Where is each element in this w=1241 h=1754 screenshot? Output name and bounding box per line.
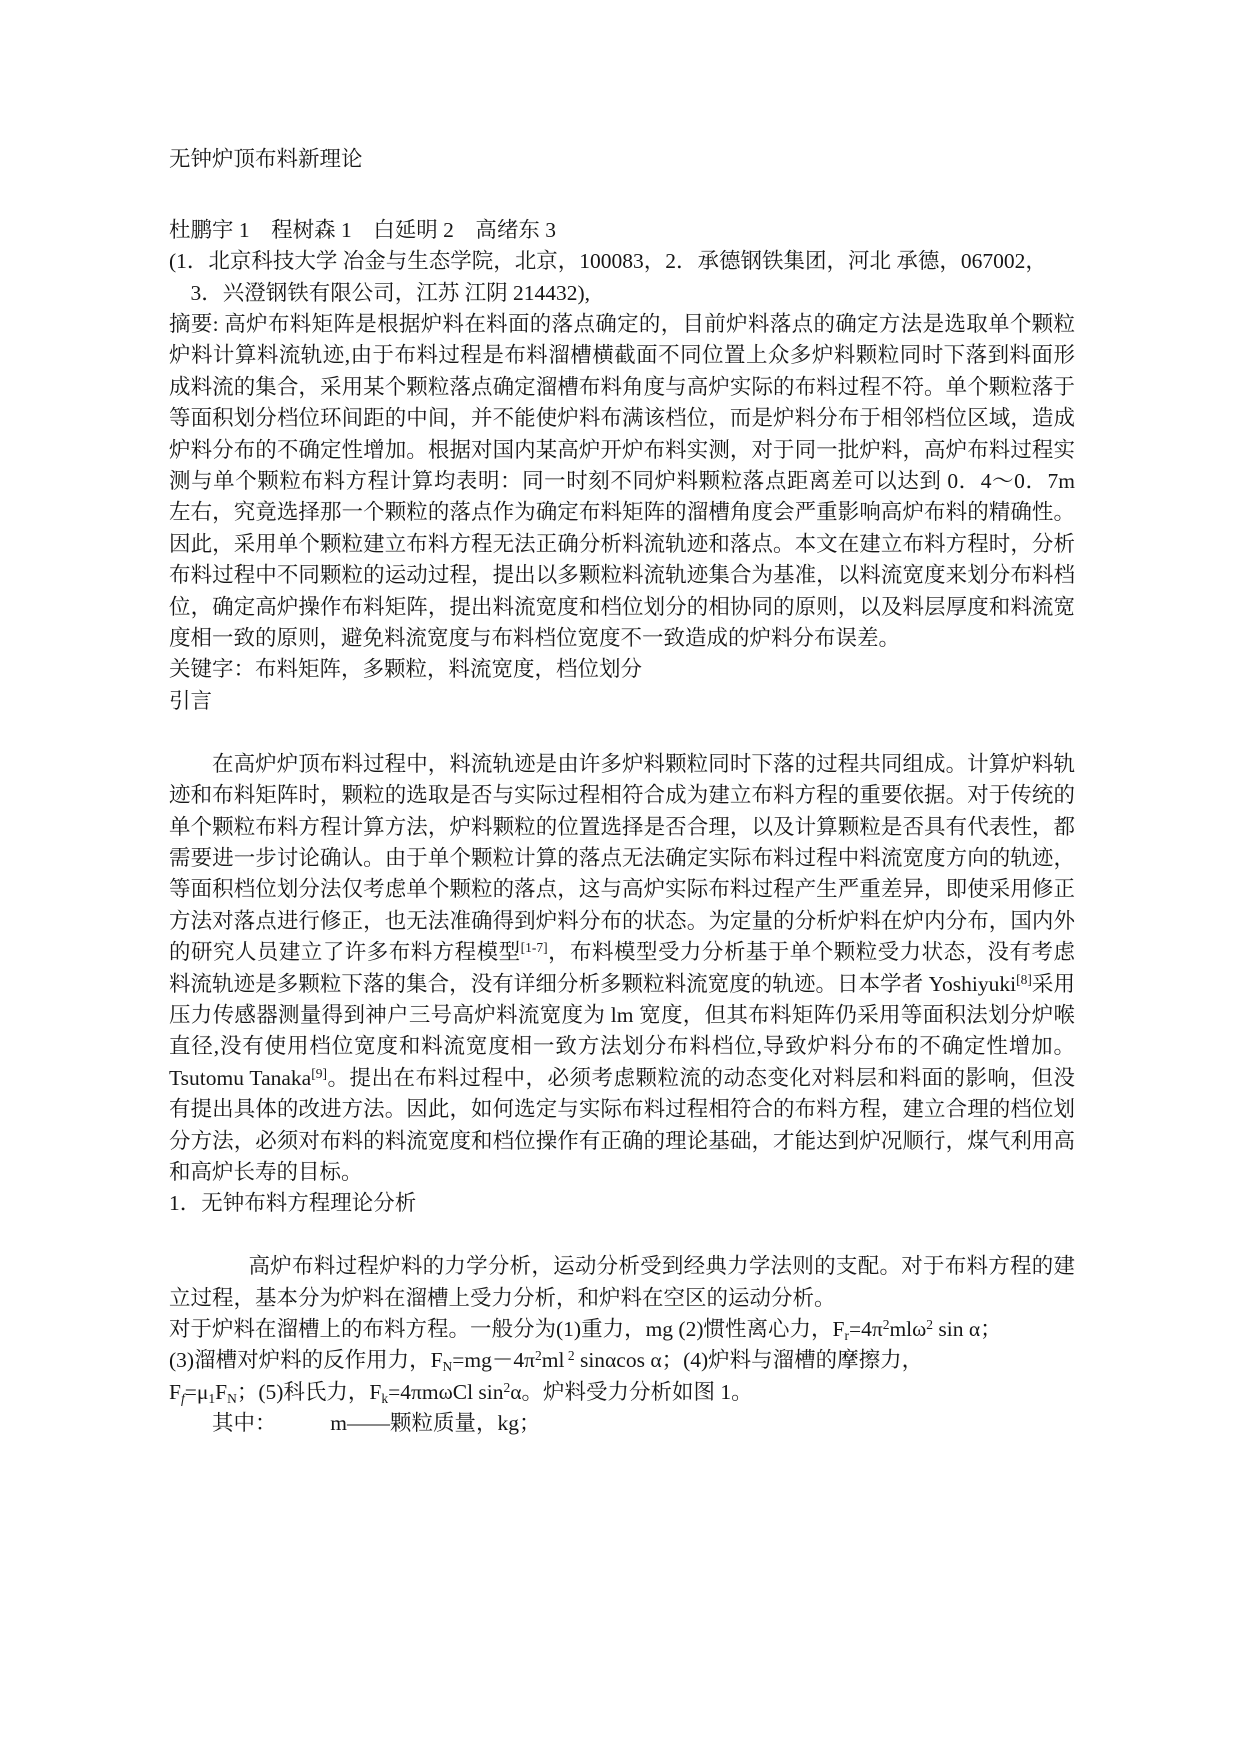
page-title: 无钟炉顶布料新理论: [169, 144, 1075, 175]
force-equation-line-2: (3)溜槽对炉料的反作用力，FN=mg－4π2ml 2 sinαcos α；(4…: [169, 1345, 1075, 1376]
section-1-heading: 1．无钟布料方程理论分析: [169, 1188, 1075, 1219]
symbol-definition-line: 其中： m——颗粒质量，kg；: [169, 1408, 1075, 1439]
authors-line: 杜鹏宇 1 程树森 1 白延明 2 高绪东 3: [169, 215, 1075, 246]
blank-line: [169, 717, 1075, 748]
force-equation-line-1: 对于炉料在溜槽上的布料方程。一般分为(1)重力，mg (2)惯性离心力，Fr=4…: [169, 1314, 1075, 1345]
force-equation-line-3: Ff=μ1FN；(5)科氏力，Fk=4πmωCl sin2α。炉料受力分析如图 …: [169, 1377, 1075, 1408]
blank-gap: [169, 207, 1075, 215]
affiliation-line-1: (1．北京科技大学 冶金与生态学院，北京，100083，2．承德钢铁集团，河北 …: [169, 246, 1075, 277]
introduction-paragraph: 在高炉炉顶布料过程中，料流轨迹是由许多炉料颗粒同时下落的过程共同组成。计算炉料轨…: [169, 749, 1075, 1189]
document-content: 无钟炉顶布料新理论 杜鹏宇 1 程树森 1 白延明 2 高绪东 3 (1．北京科…: [169, 0, 1075, 1440]
mechanics-analysis-paragraph: 高炉布料过程炉料的力学分析，运动分析受到经典力学法则的支配。对于布料方程的建立过…: [169, 1251, 1075, 1314]
document-page: 无钟炉顶布料新理论 杜鹏宇 1 程树森 1 白延明 2 高绪东 3 (1．北京科…: [0, 0, 1241, 1754]
affiliation-line-2: 3．兴澄钢铁有限公司，江苏 江阴 214432),: [169, 278, 1075, 309]
keywords-line: 关键字：布料矩阵，多颗粒，料流宽度，档位划分: [169, 654, 1075, 685]
blank-line: [169, 175, 1075, 206]
abstract-paragraph: 摘要: 高炉布料矩阵是根据炉料在料面的落点确定的，目前炉料落点的确定方法是选取单…: [169, 309, 1075, 654]
blank-line: [169, 1220, 1075, 1251]
introduction-heading: 引言: [169, 686, 1075, 717]
